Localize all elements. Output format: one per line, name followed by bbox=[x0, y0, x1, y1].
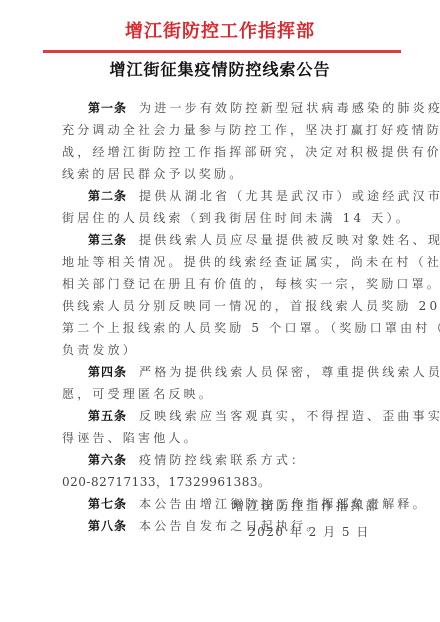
signature-date: 2020 年 2 月 5 日 bbox=[248, 523, 370, 540]
article-text-line: 愿，可受理匿名反映。 bbox=[62, 383, 392, 405]
article-label: 第五条 bbox=[88, 409, 127, 423]
article-label: 第三条 bbox=[88, 233, 127, 247]
article-text-line: 相关部门登记在册且有价值的，每核实一宗，奖励口罩。多个提 bbox=[62, 273, 392, 295]
article-text-line: 战，经增江街防控工作指挥部研究，决定对积极提供有价值防控 bbox=[62, 141, 392, 163]
article-text-line: 充分调动全社会力量参与防控工作，坚决打赢打好疫情防控阻击 bbox=[62, 119, 392, 141]
article-2: 第二条提供从湖北省（尤其是武汉市）或途经武汉市到我 bbox=[62, 185, 392, 207]
article-4: 第四条严格为提供线索人员保密，尊重提供线索人员意 bbox=[62, 361, 392, 383]
article-text-line: 供线索人员分别反映同一情况的，首报线索人员奖励 20 个口罩， bbox=[62, 295, 392, 317]
article-text-line: 街居住的人员线索（到我街居住时间未满 14 天）。 bbox=[62, 207, 392, 229]
article-text: 提供线索人员应尽量提供被反映对象姓名、现居住 bbox=[139, 233, 440, 247]
signature-org: 增江街防控工作指挥部 bbox=[232, 497, 380, 514]
contact-phone-numbers: 020-82717133，17329961383。 bbox=[62, 471, 392, 493]
article-text-line: 第二个上报线索的人员奖励 5 个口罩。（奖励口罩由村（社区） bbox=[62, 317, 392, 339]
article-label: 第四条 bbox=[88, 365, 127, 379]
article-text-line: 负责发放） bbox=[62, 339, 392, 361]
red-header-rule bbox=[43, 50, 401, 53]
article-text-line: 地址等相关情况。提供的线索经查证属实，尚未在村（社区）或 bbox=[62, 251, 392, 273]
article-label: 第六条 bbox=[88, 453, 127, 467]
article-label: 第八条 bbox=[88, 519, 127, 533]
article-text-line: 得诬告、陷害他人。 bbox=[62, 427, 392, 449]
article-text: 疫情防控线索联系方式： bbox=[139, 453, 306, 467]
issuing-org-title: 增江街防控工作指挥部 bbox=[0, 17, 440, 43]
document-title: 增江街征集疫情防控线索公告 bbox=[0, 57, 440, 80]
document-body: 第一条为进一步有效防控新型冠状病毒感染的肺炎疫情， 充分调动全社会力量参与防控工… bbox=[62, 97, 392, 537]
article-text-line: 线索的居民群众予以奖励。 bbox=[62, 163, 392, 185]
article-6: 第六条疫情防控线索联系方式： bbox=[62, 449, 392, 471]
article-1: 第一条为进一步有效防控新型冠状病毒感染的肺炎疫情， bbox=[62, 97, 392, 119]
article-label: 第七条 bbox=[88, 497, 127, 511]
article-5: 第五条反映线索应当客观真实，不得捏造、歪曲事实，不 bbox=[62, 405, 392, 427]
article-text: 反映线索应当客观真实，不得捏造、歪曲事实，不 bbox=[139, 409, 440, 423]
article-label: 第二条 bbox=[88, 189, 127, 203]
article-3: 第三条提供线索人员应尽量提供被反映对象姓名、现居住 bbox=[62, 229, 392, 251]
article-text: 为进一步有效防控新型冠状病毒感染的肺炎疫情， bbox=[139, 101, 440, 115]
article-text: 严格为提供线索人员保密，尊重提供线索人员意 bbox=[139, 365, 440, 379]
article-label: 第一条 bbox=[88, 101, 127, 115]
article-text: 提供从湖北省（尤其是武汉市）或途经武汉市到我 bbox=[139, 189, 440, 203]
